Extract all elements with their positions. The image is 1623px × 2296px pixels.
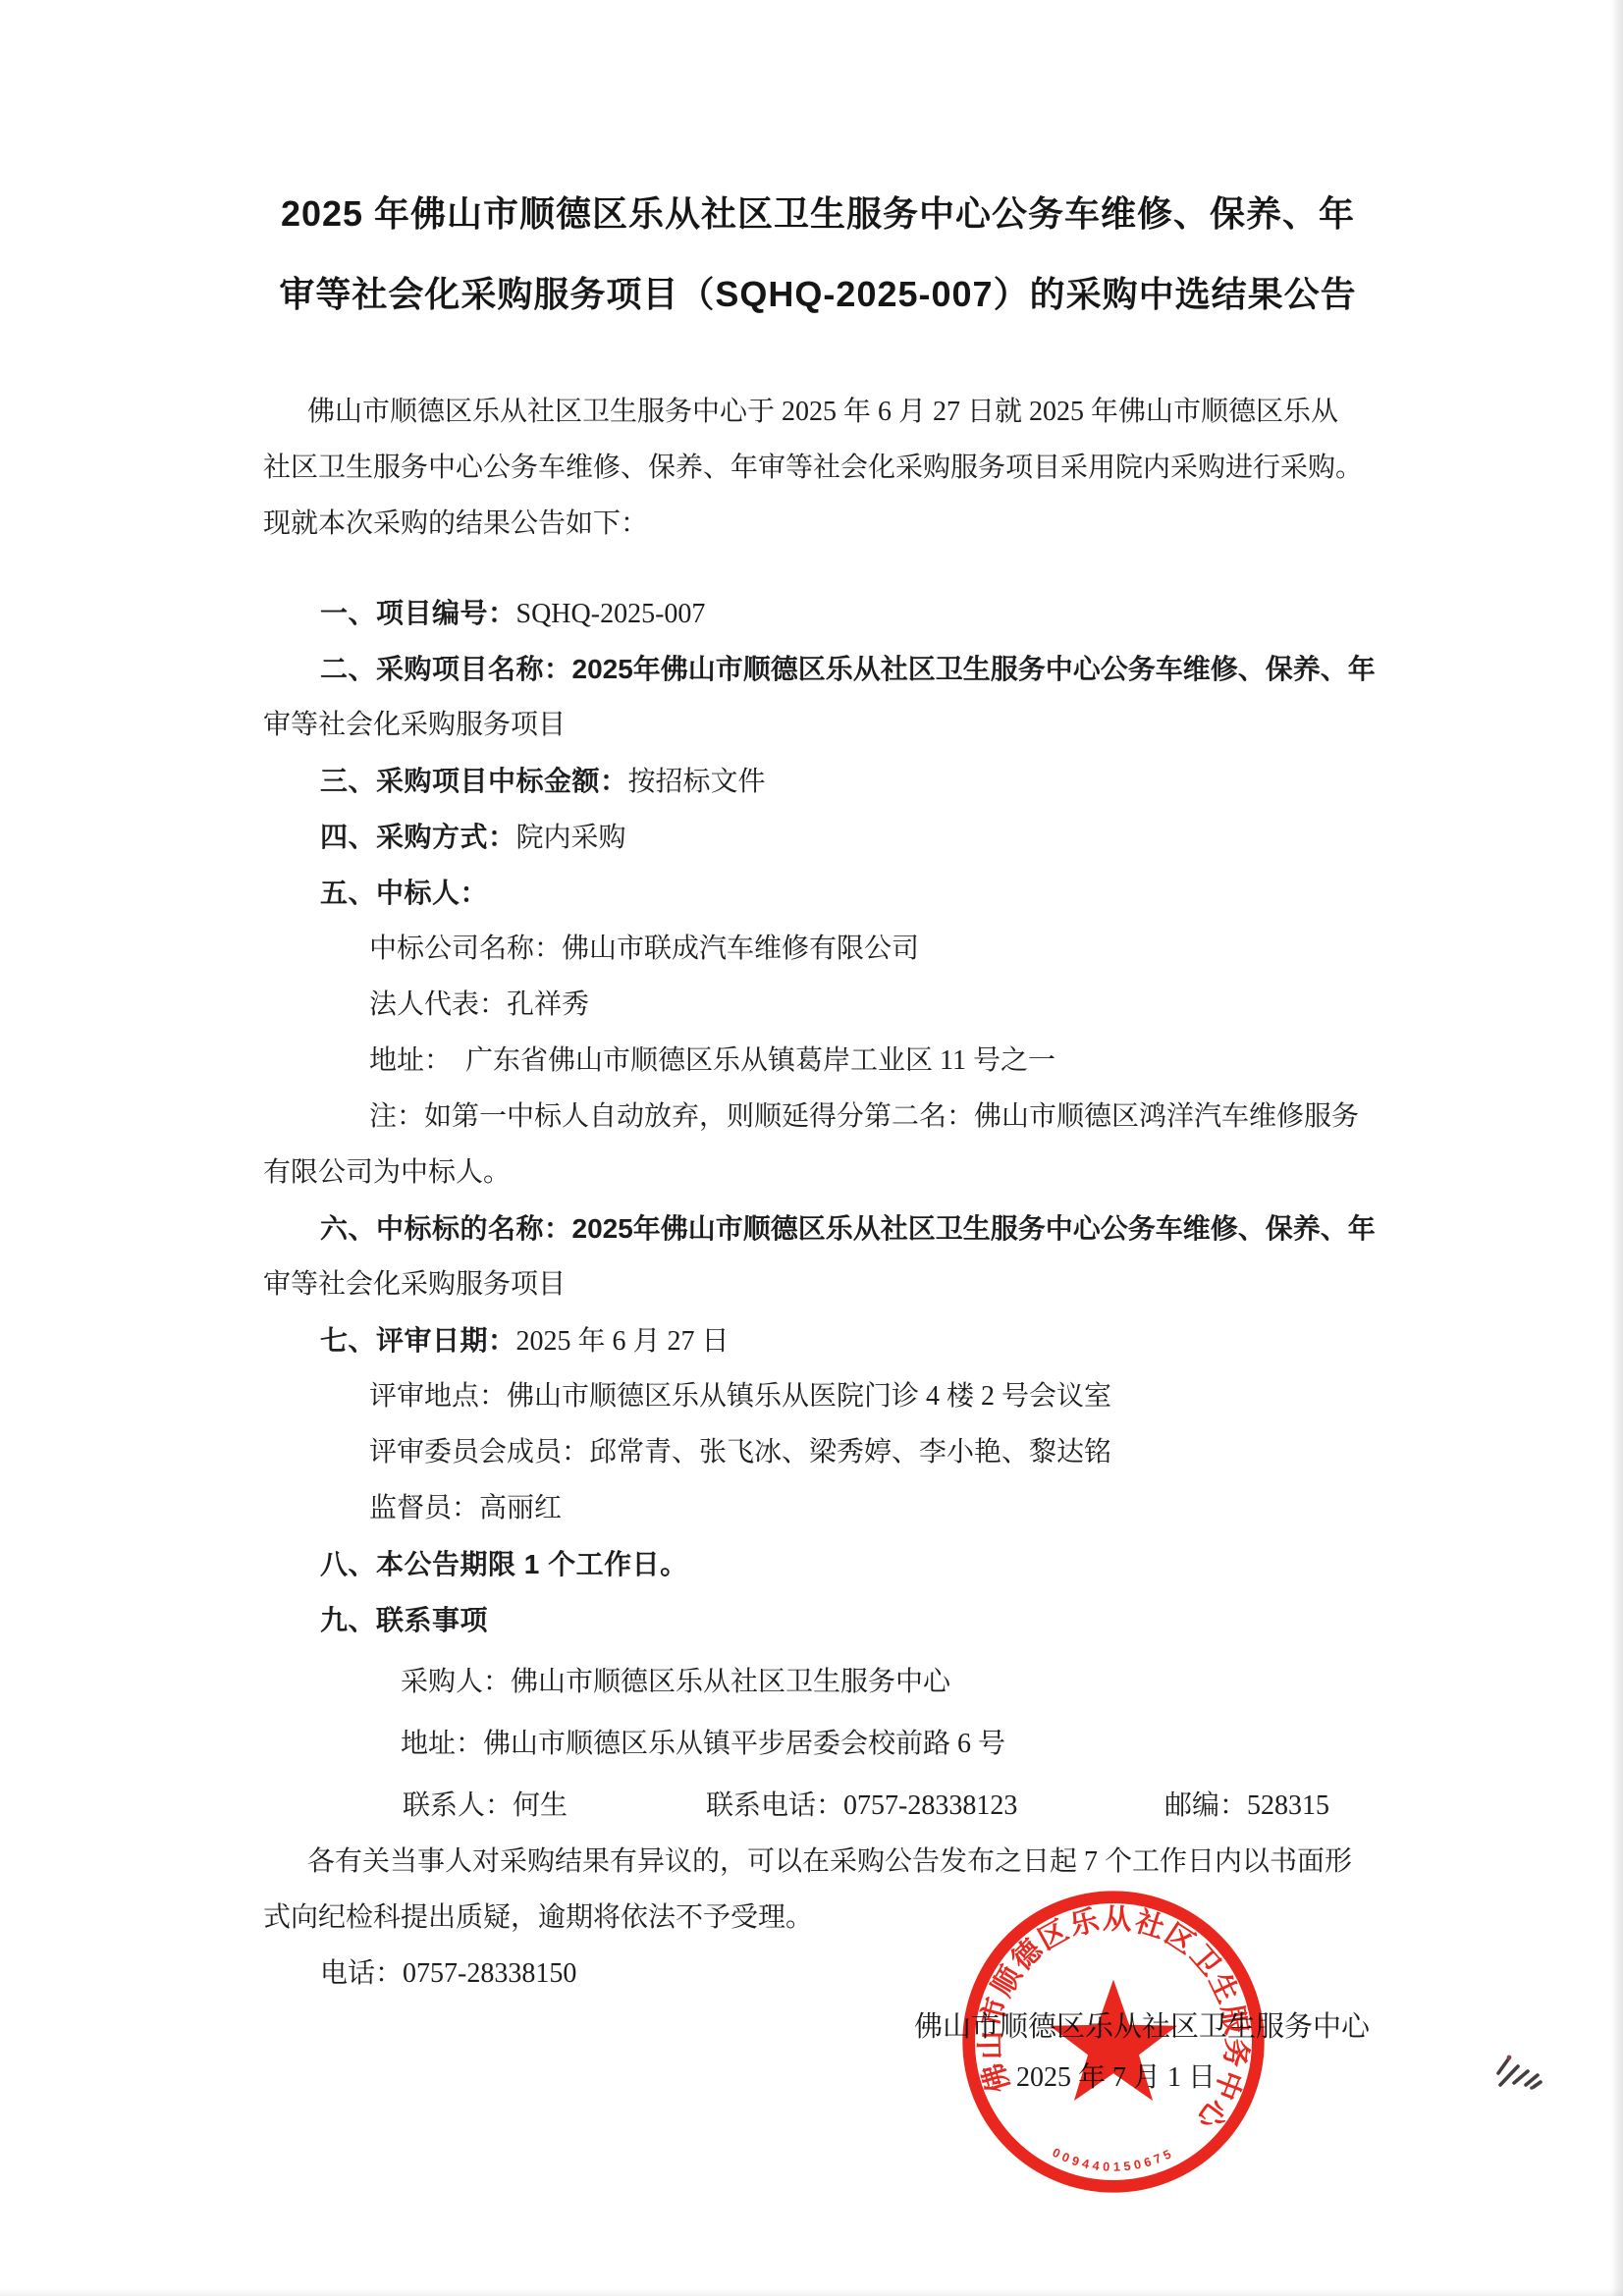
line-segment: 2025 年 6 月 27 日	[516, 1326, 730, 1357]
line-segment: 电话：0757-28338150	[320, 1958, 576, 1989]
document-line: 现就本次采购的结果公告如下：	[263, 496, 1373, 552]
line-segment: 采购人：佛山市顺德区乐从社区卫生服务中心	[401, 1667, 950, 1697]
seal-star-icon	[1050, 1980, 1177, 2102]
line-segment: 邮编：528315	[1164, 1778, 1329, 1834]
line-segment: 三、采购项目中标金额：	[320, 766, 628, 796]
document-line: 法人代表：孔祥秀	[263, 977, 1373, 1033]
line-segment: 法人代表：孔祥秀	[369, 989, 589, 1020]
line-segment: 按招标文件	[628, 767, 766, 797]
document-line: 采购人：佛山市顺德区乐从社区卫生服务中心	[263, 1654, 1373, 1710]
scan-edge-shadow	[1611, 0, 1623, 2296]
line-segment: 式向纪检科提出质疑，逾期将依法不予受理。	[263, 1902, 813, 1933]
document-line: 七、评审日期：2025 年 6 月 27 日	[263, 1312, 1373, 1368]
line-segment: 地址： 广东省佛山市顺德区乐从镇葛岸工业区 11 号之一	[369, 1045, 1055, 1076]
document-line: 注：如第一中标人自动放弃，则顺延得分第二名：佛山市顺德区鸿洋汽车维修服务	[263, 1089, 1373, 1145]
scan-bottom-shadow	[0, 2288, 1623, 2296]
line-segment: 中标公司名称：佛山市联成汽车维修有限公司	[369, 934, 919, 964]
line-segment: 注：如第一中标人自动放弃，则顺延得分第二名：佛山市顺德区鸿洋汽车维修服务	[369, 1101, 1359, 1132]
official-seal-stamp: 佛山市顺德区乐从社区卫生服务中心 009440150675	[955, 1882, 1271, 2202]
line-segment: 地址：佛山市顺德区乐从镇平步居委会校前路 6 号	[401, 1729, 1005, 1759]
line-segment: 佛山市顺德区乐从社区卫生服务中心于 2025 年 6 月 27 日就 2025 …	[307, 397, 1338, 427]
document-line: 有限公司为中标人。	[263, 1145, 1373, 1201]
ink-scribble-mark	[1488, 2048, 1549, 2097]
document-line: 三、采购项目中标金额：按招标文件	[263, 753, 1373, 809]
document-line: 中标公司名称：佛山市联成汽车维修有限公司	[263, 921, 1373, 977]
line-segment: 联系人：何生	[403, 1778, 568, 1834]
svg-text:009440150675: 009440150675	[1051, 2146, 1177, 2174]
document-lines: 佛山市顺德区乐从社区卫生服务中心于 2025 年 6 月 27 日就 2025 …	[263, 384, 1373, 2002]
document-title: 2025 年佛山市顺德区乐从社区卫生服务中心公务车维修、保养、年 审等社会化采购…	[263, 174, 1373, 335]
title-line-1: 2025 年佛山市顺德区乐从社区卫生服务中心公务车维修、保养、年	[263, 174, 1373, 254]
title-line-2: 审等社会化采购服务项目（SQHQ-2025-007）的采购中选结果公告	[263, 254, 1373, 335]
line-segment: 评审地点：佛山市顺德区乐从镇乐从医院门诊 4 楼 2 号会议室	[369, 1381, 1111, 1412]
line-segment: 联系电话：0757-28338123	[706, 1778, 1017, 1834]
line-segment: 有限公司为中标人。	[263, 1157, 511, 1188]
line-segment: 社区卫生服务中心公务车维修、保养、年审等社会化采购服务项目采用院内采购进行采购。	[263, 453, 1363, 483]
line-segment: 监督员：高丽红	[369, 1493, 562, 1523]
line-segment: 现就本次采购的结果公告如下：	[263, 508, 648, 539]
document-line: 一、项目编号：SQHQ-2025-007	[263, 585, 1373, 641]
line-segment: 一、项目编号：	[320, 598, 516, 628]
line-segment: 九、联系事项	[320, 1605, 488, 1635]
line-segment: 六、中标标的名称：	[320, 1213, 572, 1244]
document-line: 八、本公告期限 1 个工作日。	[263, 1536, 1373, 1592]
document-line: 评审委员会成员：邱常青、张飞冰、梁秀婷、李小艳、黎达铭	[263, 1424, 1373, 1480]
line-segment: 评审委员会成员：邱常青、张飞冰、梁秀婷、李小艳、黎达铭	[369, 1437, 1111, 1468]
line-segment: 五、中标人：	[320, 878, 488, 908]
line-segment: 八、本公告期限 1 个工作日。	[320, 1549, 688, 1579]
line-segment: 七、评审日期：	[320, 1325, 516, 1356]
line-segment: 院内采购	[516, 823, 626, 853]
line-segment: 二、采购项目名称：	[320, 654, 572, 684]
document-line: 评审地点：佛山市顺德区乐从镇乐从医院门诊 4 楼 2 号会议室	[263, 1368, 1373, 1424]
document-line: 佛山市顺德区乐从社区卫生服务中心于 2025 年 6 月 27 日就 2025 …	[263, 384, 1373, 440]
document-line: 地址： 广东省佛山市顺德区乐从镇葛岸工业区 11 号之一	[263, 1033, 1373, 1089]
document-line: 六、中标标的名称：2025年佛山市顺德区乐从社区卫生服务中心公务车维修、保养、年	[263, 1201, 1373, 1256]
document-line: 监督员：高丽红	[263, 1480, 1373, 1536]
document-line: 九、联系事项	[263, 1592, 1373, 1648]
document-line: 二、采购项目名称：2025年佛山市顺德区乐从社区卫生服务中心公务车维修、保养、年	[263, 641, 1373, 697]
document-content: 2025 年佛山市顺德区乐从社区卫生服务中心公务车维修、保养、年 审等社会化采购…	[263, 0, 1373, 2002]
line-segment: SQHQ-2025-007	[516, 599, 706, 629]
document-line: 审等社会化采购服务项目	[263, 1256, 1373, 1312]
line-segment: 审等社会化采购服务项目	[263, 710, 566, 740]
line-segment: 2025年佛山市顺德区乐从社区卫生服务中心公务车维修、保养、年	[572, 654, 1376, 684]
seal-serial-text: 009440150675	[1051, 2146, 1177, 2174]
line-segment: 2025年佛山市顺德区乐从社区卫生服务中心公务车维修、保养、年	[572, 1213, 1376, 1244]
line-segment: 审等社会化采购服务项目	[263, 1269, 566, 1300]
line-segment: 四、采购方式：	[320, 822, 516, 852]
document-line: 联系人：何生联系电话：0757-28338123邮编：528315	[263, 1778, 1373, 1834]
document-line: 审等社会化采购服务项目	[263, 697, 1373, 753]
scanned-document-page: 2025 年佛山市顺德区乐从社区卫生服务中心公务车维修、保养、年 审等社会化采购…	[0, 0, 1623, 2296]
document-line: 四、采购方式：院内采购	[263, 809, 1373, 865]
document-line: 社区卫生服务中心公务车维修、保养、年审等社会化采购服务项目采用院内采购进行采购。	[263, 440, 1373, 496]
document-line: 地址：佛山市顺德区乐从镇平步居委会校前路 6 号	[263, 1716, 1373, 1772]
line-segment: 各有关当事人对采购结果有异议的，可以在采购公告发布之日起 7 个工作日内以书面形	[307, 1846, 1352, 1877]
document-line: 五、中标人：	[263, 865, 1373, 921]
